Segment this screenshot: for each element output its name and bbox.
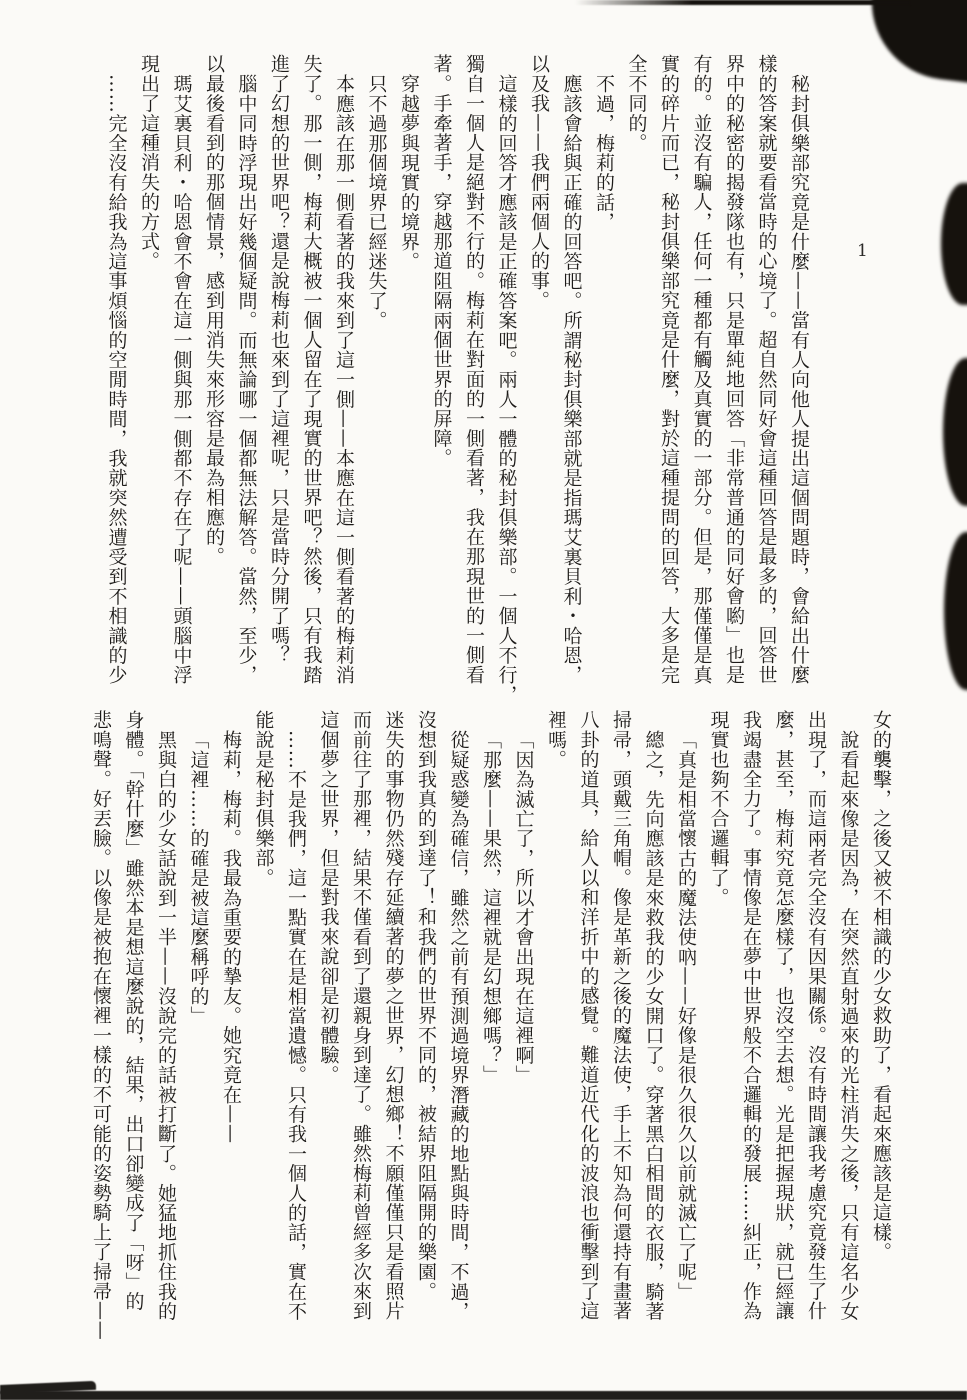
- text-column: 我竭盡全力了。事情像是在夢中世界般不合邏輯的發展……糾正，作為: [735, 710, 768, 1346]
- text-column: 以最後看到的那個情景，感到用消失來形容是最為相應的。: [198, 54, 231, 690]
- text-column: 出現了，而這兩者完全沒有因果關係。沒有時間讓我考慮究竟發生了什: [800, 710, 833, 1346]
- text-column: 黑與白的少女話說到一半——沒說完的話被打斷了。她猛地抓住我的: [150, 710, 183, 1346]
- text-column: 本應該在那一側看著的我來到了這一側——本應在這一側看著的梅莉消: [328, 54, 361, 690]
- text-column: 迷失的事物仍然殘存延續著的夢之世界，幻想鄉！不願僅僅只是看照片: [377, 710, 410, 1346]
- text-column: 獨自一個人是絕對不行的。梅莉在對面的一側看著，我在那現世的一側看: [458, 54, 491, 690]
- text-column: 麼，甚至，梅莉究竟怎麼樣了，也沒空去想。光是把握現狀，就已經讓: [767, 710, 800, 1346]
- text-column: 失了。那一側，梅莉大概被一個人留在了現實的世界吧？然後，只有我踏: [295, 54, 328, 690]
- scan-artifact-top-edge: [575, 0, 910, 5]
- text-column: 裡嗎。: [540, 710, 573, 1346]
- top-text-block: 秘封俱樂部究竟是什麼——當有人向他人提出這個問題時，會給出什麼樣的答案就要看當時…: [100, 54, 815, 690]
- text-column: ……不是我們，這一點實在是相當遺憾。只有我一個人的話，實在不: [280, 710, 313, 1346]
- text-column: 樣的答案就要看當時的心境了。超自然同好會這種回答是最多的，回答世: [750, 54, 783, 690]
- text-column: 從疑惑變為確信，雖然之前有預測過境界潛藏的地點與時間，不過，: [442, 710, 475, 1346]
- text-column: 應該會給與正確的回答吧。所謂秘封俱樂部就是指瑪艾裏貝利・哈恩，: [555, 54, 588, 690]
- text-column: 腦中同時浮現出好幾個疑問。而無論哪一個都無法解答。當然，至少，: [230, 54, 263, 690]
- scan-artifact-bottom-edge: [0, 1391, 967, 1400]
- text-column: 著。手牽著手，穿越那道阻隔兩個世界的屏障。: [425, 54, 458, 690]
- text-column: 這樣的回答才應該是正確答案吧。兩人一體的秘封俱樂部。一個人不行，: [490, 54, 523, 690]
- text-column: ……完全沒有給我為這事煩惱的空閒時間，我就突然遭受到不相識的少: [100, 54, 133, 690]
- text-column: 進了幻想的世界吧？還是說梅莉也來到了這裡呢，只是當時分開了嗎？: [263, 54, 296, 690]
- scan-artifact-right-blob-1: [941, 183, 967, 305]
- text-column: 八卦的道具，給人以和洋折中的感覺。難道近代化的波浪也衝擊到了這: [572, 710, 605, 1346]
- scan-artifact-right-blob-3: [944, 532, 967, 690]
- text-column: 現實也夠不合邏輯了。: [702, 710, 735, 1346]
- text-column: 全不同的。: [620, 54, 653, 690]
- scan-artifact-top-right-corner: [863, 0, 967, 86]
- text-column: 實的碎片而已，秘封俱樂部究竟是什麼，對於這種提問的回答，大多是完: [653, 54, 686, 690]
- text-column: 女的襲擊，之後又被不相識的少女救助了，看起來應該是這樣。: [865, 710, 898, 1346]
- text-column: 而前往了那裡，結果不僅看到了還親身到達了。雖然梅莉曾經多次來到: [345, 710, 378, 1346]
- text-column: 秘封俱樂部究竟是什麼——當有人向他人提出這個問題時，會給出什麼: [783, 54, 816, 690]
- page-number: 1: [857, 241, 868, 261]
- text-column: 穿越夢與現實的境界。: [393, 54, 426, 690]
- text-column: 界中的秘密的揭發隊也有，只是單純地回答「非常普通的同好會喲」也是: [718, 54, 751, 690]
- text-column: 「那麼——果然，這裡就是幻想鄉嗎？」: [475, 710, 508, 1346]
- text-column: 不過，梅莉的話，: [588, 54, 621, 690]
- text-column: 「這裡……的確是被這麼稱呼的」: [182, 710, 215, 1346]
- text-column: 悲鳴聲。好丟臉。以像是被抱在懷裡一樣的不可能的姿勢騎上了掃帚——: [85, 710, 118, 1346]
- text-column: 現出了這種消失的方式。: [133, 54, 166, 690]
- text-column: 身體。「幹什麼」雖然本是想這麼說的，結果，出口卻變成了「呀」的: [117, 710, 150, 1346]
- text-column: 只不過那個境界已經迷失了。: [360, 54, 393, 690]
- text-column: 梅莉，梅莉。我最為重要的摯友。她究竟在——: [215, 710, 248, 1346]
- text-column: 掃帚，頭戴三角帽。像是革新之後的魔法使，手上不知為何還持有畫著: [605, 710, 638, 1346]
- text-column: 沒想到我真的到達了！和我們的世界不同的，被結界阻隔開的樂園。: [410, 710, 443, 1346]
- text-column: 有的。並沒有騙人，任何一種都有觸及真實的一部分。但是，那僅僅是真: [685, 54, 718, 690]
- text-column: 能說是秘封俱樂部。: [247, 710, 280, 1346]
- bottom-text-block: 女的襲擊，之後又被不相識的少女救助了，看起來應該是這樣。說看起來像是因為，在突然…: [85, 710, 898, 1346]
- book-page: 1 秘封俱樂部究竟是什麼——當有人向他人提出這個問題時，會給出什麼樣的答案就要看…: [0, 0, 967, 1400]
- text-column: 說看起來像是因為，在突然直射過來的光柱消失之後，只有這名少女: [832, 710, 865, 1346]
- text-column: 以及我——我們兩個人的事。: [523, 54, 556, 690]
- scan-artifact-bottom-left-edge: [0, 1381, 96, 1394]
- text-column: 瑪艾裏貝利・哈恩會不會在這一側與那一側都不存在了呢——頭腦中浮: [165, 54, 198, 690]
- scan-artifact-right-blob-2: [943, 358, 967, 506]
- text-column: 總之，先向應該是來救我的少女開口了。穿著黑白相間的衣服，騎著: [637, 710, 670, 1346]
- text-column: 「真是相當懷古的魔法使吶——好像是很久很久以前就滅亡了呢」: [670, 710, 703, 1346]
- text-column: 這個夢之世界，但是對我來說卻是初體驗。: [312, 710, 345, 1346]
- text-column: 「因為滅亡了，所以才會出現在這裡啊」: [507, 710, 540, 1346]
